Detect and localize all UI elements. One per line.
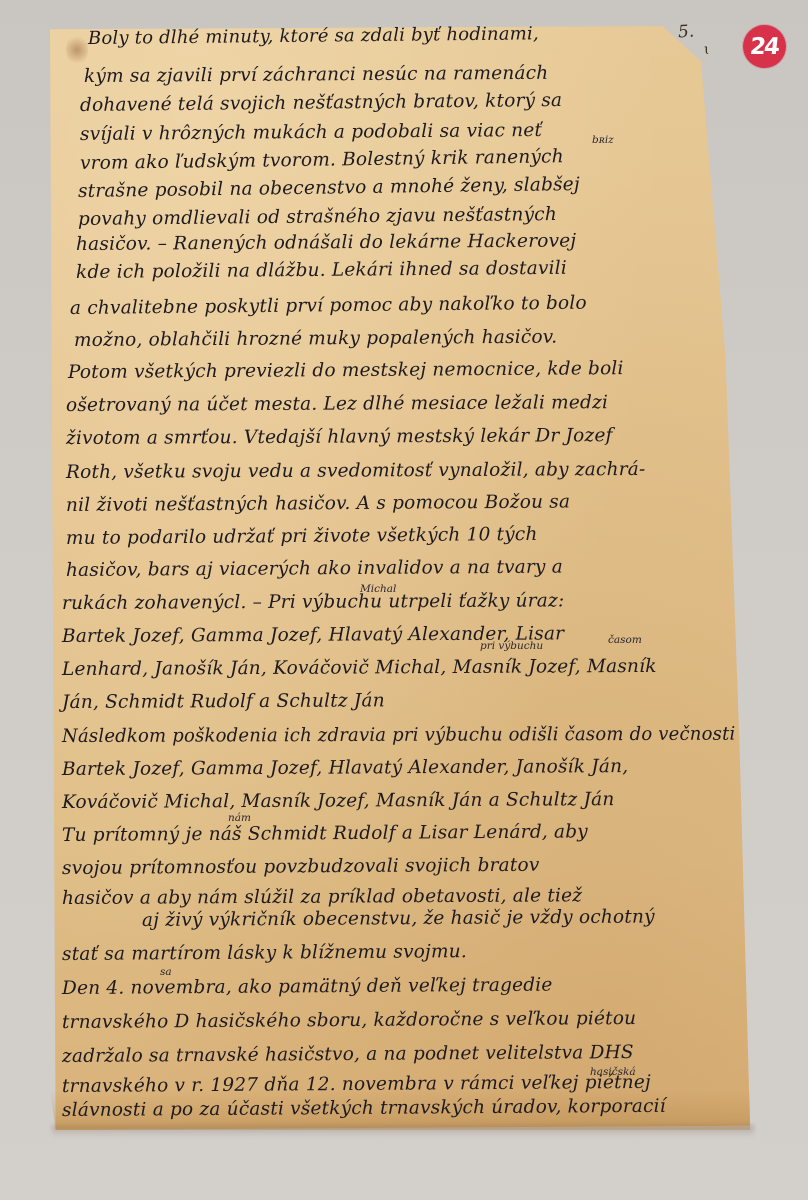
page-number: 5. [677,21,695,42]
insert-annotation: pri výbuchu [480,640,543,652]
manuscript-line: trnavského v r. 1927 dňa 12. novembra v … [62,1072,651,1097]
manuscript-line: slávnosti a po za účasti všetkých trnavs… [62,1096,666,1121]
manuscript-line: Bartek Jozef, Gamma Jozef, Hlavatý Alexa… [62,756,628,780]
manuscript-line: Kováčovič Michal, Masník Jozef, Masník J… [62,789,615,813]
photo-background: 5. ɩ 24 Boly to dlhé minuty, ktoré sa zd… [0,0,808,1200]
manuscript-line: mu to podarilo udržať pri živote všetkýc… [66,524,538,549]
manuscript-line: Roth, všetku svoju vedu a svedomitosť vy… [66,459,646,483]
manuscript-line: Následkom poškodenia ich zdravia pri výb… [62,724,736,747]
manuscript-line: aj živý výkričník obecenstvu, že hasič j… [142,906,655,931]
insert-annotation: sa [160,966,172,978]
news-logo-24: 24 [743,25,786,68]
manuscript-line: Potom všetkých previezli do mestskej nem… [68,358,624,383]
manuscript-line: kde ich položili na dlážbu. Lekári ihned… [76,258,567,283]
manuscript-line: možno, oblahčili hrozné muky popalených … [74,327,557,351]
manuscript-line: Den 4. novembra, ako pamätný deň veľkej … [62,975,553,999]
manuscript-line: nil životi nešťastných hasičov. A s pomo… [66,491,570,516]
manuscript-line: životom a smrťou. Vtedajší hlavný mestsk… [66,425,613,449]
page-mark: ɩ [704,42,710,58]
ink-stain [66,34,88,66]
manuscript-line: Lenhard, Janošík Ján, Kováčovič Michal, … [62,656,657,680]
manuscript-line: stať sa martírom lásky k blížnemu svojmu… [62,941,467,965]
insert-annotation: bʀiz [592,134,614,146]
manuscript-line: hasičov. – Ranených odnášali do lekárne … [76,231,576,255]
manuscript-line: svojou prítomnosťou povzbudzovali svojic… [62,855,540,879]
manuscript-line: hasičov a aby nám slúžil za príklad obet… [62,885,582,909]
manuscript-line: zadržalo sa trnavské hasičstvo, a na pod… [62,1042,634,1067]
manuscript-line: hasičov, bars aj viacerých ako invalidov… [66,557,563,581]
manuscript-line: svíjali v hrôzných mukách a podobali sa … [80,120,542,145]
manuscript-line: trnavského D hasičského sboru, každoročn… [62,1008,636,1033]
insert-annotation: nám [228,812,251,824]
manuscript-line: ošetrovaný na účet mesta. Lez dlhé mesia… [66,392,608,416]
manuscript-line: Ján, Schmidt Rudolf a Schultz Ján [62,690,385,713]
insert-annotation: hasičská [590,1066,636,1078]
manuscript-line: Tu prítomný je náš Schmidt Rudolf a Lisa… [62,821,588,846]
manuscript-line: kým sa zjavili prví záchranci nesúc na r… [84,63,548,87]
logo-text: 24 [749,34,780,60]
insert-annotation: časom [608,634,642,646]
insert-annotation: Michal [360,583,396,595]
manuscript-line: rukách zohavenýcl. – Pri výbuchu utrpeli… [62,590,564,614]
